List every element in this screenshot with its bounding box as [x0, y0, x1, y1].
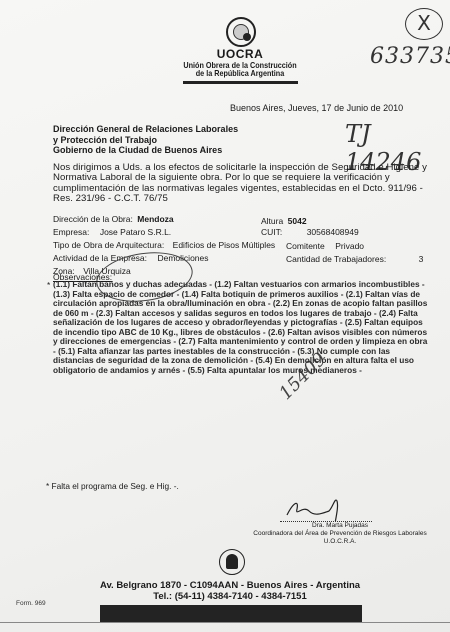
signature-scrawl: [285, 495, 345, 521]
addressee-line: Gobierno de la Ciudad de Buenos Aires: [53, 145, 238, 156]
addressee-line: y Protección del Trabajo: [53, 135, 238, 146]
footer-bar: [100, 605, 362, 622]
org-acronym: UOCRA: [210, 47, 270, 61]
signatory-org: U.O.C.R.A.: [230, 538, 450, 546]
uocra-seal-icon: [226, 17, 256, 47]
observaciones-text: (1.1) Faltan baños y duchas adecuadas - …: [53, 280, 431, 375]
intro-paragraph: Nos dirigimos a Uds. a los efectos de so…: [53, 163, 443, 205]
form-number: Form. 969: [16, 600, 46, 607]
handwritten-circled-mark: X: [405, 8, 443, 40]
helmet-head-icon: [219, 549, 245, 575]
handwritten-file-number: 633735: [370, 44, 450, 69]
field-cantidad: Cantidad de Trabajadores: 3: [286, 249, 423, 267]
footer-address: Av. Belgrano 1870 - C1094AAN - Buenos Ai…: [80, 580, 380, 602]
addressee-block: Dirección General de Relaciones Laborale…: [53, 124, 238, 156]
signatory-role: Coordinadora del Área de Prevención de R…: [230, 530, 450, 538]
signatory-name: Dra. Marta Pujadas: [230, 522, 450, 530]
document-date: Buenos Aires, Jueves, 17 de Junio de 201…: [230, 103, 403, 113]
org-name: Unión Obrera de la Construcción de la Re…: [181, 61, 300, 77]
observaciones-bullet: *: [47, 280, 50, 290]
header-divider: [183, 81, 298, 84]
footnote: * Falta el programa de Seg. e Hig. -.: [46, 481, 179, 491]
signature-block: Dra. Marta Pujadas Coordinadora del Área…: [230, 522, 450, 546]
document-page: UOCRA Unión Obrera de la Construcción de…: [0, 0, 450, 632]
addressee-line: Dirección General de Relaciones Laborale…: [53, 124, 238, 135]
page-edge-line: [0, 622, 450, 623]
